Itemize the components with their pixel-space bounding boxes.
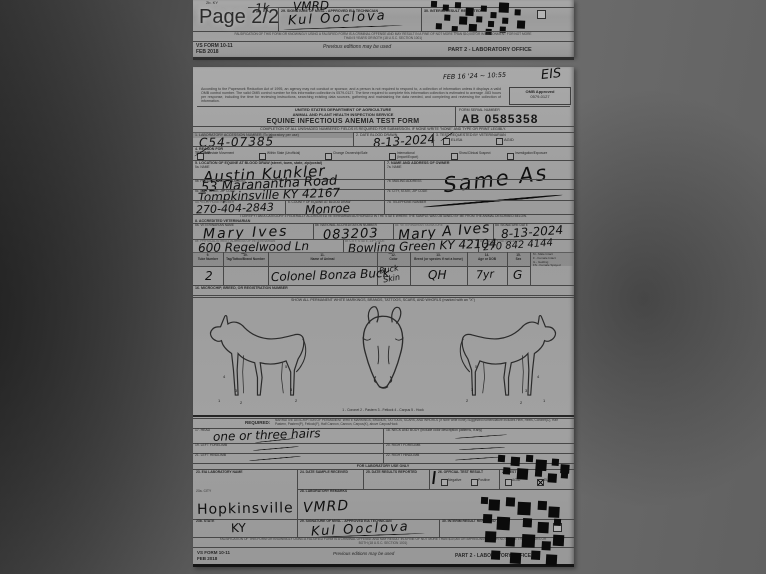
leg-number: 3 bbox=[290, 387, 292, 392]
col-header-age: 14.Age or DOB bbox=[467, 254, 507, 261]
editions-note: Previous editions may be used bbox=[333, 551, 394, 556]
horse-face-drawing bbox=[345, 303, 421, 405]
received-stamp bbox=[498, 455, 505, 462]
elisa-label: ELISA bbox=[451, 138, 462, 143]
cell-border bbox=[313, 223, 314, 239]
part-label: PART 2 - LABORATORY OFFICE bbox=[448, 47, 532, 53]
lab-city-label: 23a. CITY bbox=[196, 490, 211, 494]
falsification-fine-print: FALSIFICATION OF THIS FORM OR KNOWINGLY … bbox=[218, 538, 548, 545]
cell-border bbox=[439, 519, 440, 537]
leg-number: 5 bbox=[285, 364, 287, 369]
horse-front-face-figure bbox=[345, 303, 421, 405]
cell-border bbox=[393, 223, 394, 239]
positive-label: Positive bbox=[478, 479, 490, 483]
leg-number: 5 bbox=[475, 364, 477, 369]
interim-result-label: 30. INTERIM RESULT REPORTED bbox=[442, 520, 512, 524]
col-header-text: Tube Number bbox=[198, 257, 218, 261]
reason-checkbox-show bbox=[451, 153, 458, 160]
positive-checkbox bbox=[471, 479, 478, 486]
leg-number: 2 bbox=[520, 400, 522, 405]
certify-statement: I CERTIFY I AM A CATEGORY II FEDERALLY A… bbox=[201, 215, 566, 219]
cell-border bbox=[353, 132, 354, 146]
paperwork-act-text: According to the Paperwork Reduction Act… bbox=[201, 87, 501, 104]
right-hindlimb-label: 22. RIGHT HINDLIMB bbox=[386, 454, 419, 458]
reason-checkbox-investigation bbox=[507, 153, 514, 160]
required-label: REQUIRED: bbox=[245, 420, 270, 425]
rule bbox=[193, 295, 574, 296]
breed-value: QH bbox=[428, 268, 446, 282]
left-hindlimb-label: 21. LEFT HINDLIMB bbox=[195, 454, 226, 458]
cell-border bbox=[297, 469, 298, 519]
pen-stroke-negative bbox=[432, 471, 435, 484]
head-label: 17. HEAD bbox=[195, 429, 210, 433]
cell-border bbox=[343, 239, 344, 252]
rule bbox=[193, 415, 574, 417]
cell-border bbox=[285, 200, 286, 214]
col-header-sex: 15.Sex bbox=[507, 254, 530, 261]
page-indicator: Page 2/2 bbox=[199, 6, 279, 29]
lab-remarks-value: VMRD bbox=[303, 498, 350, 516]
color-value-line2: Skin bbox=[382, 273, 400, 285]
col-header-tube: 9.Tube Number bbox=[193, 254, 223, 261]
serial-number: AB 0585358 bbox=[461, 113, 538, 127]
document-viewer: { "viewer": { "page_indicator": "Page 2/… bbox=[0, 0, 766, 574]
horse-side-drawing bbox=[203, 304, 323, 404]
cell-border bbox=[421, 7, 422, 31]
show-markings-note: SHOW ALL PERMANENT WHITE MARKINGS, BRAND… bbox=[233, 298, 533, 302]
leg-number: 1 bbox=[543, 398, 545, 403]
owner-mailing-label: 7b. MAILING ADDRESS bbox=[387, 180, 422, 184]
leg-number: 4 bbox=[537, 374, 539, 379]
test-type-label: 27. TEST TYPE bbox=[502, 471, 526, 475]
form-date: FEB 2018 bbox=[196, 50, 219, 56]
leg-number: 2 bbox=[466, 398, 468, 403]
rule bbox=[193, 443, 574, 444]
owner-name-label: 7a. NAME bbox=[387, 166, 402, 170]
reason-option: Change Ownership/Sale bbox=[333, 152, 369, 156]
hw-received-note: FEB 16 '24 ~ 10:55 bbox=[443, 71, 506, 81]
pen-dash bbox=[253, 446, 299, 451]
tube-number-value: 2 bbox=[205, 269, 213, 283]
reason-option: Within State (Unofficial) bbox=[267, 152, 303, 156]
rule bbox=[193, 453, 574, 454]
lab-agid-checkbox bbox=[505, 479, 512, 486]
cell-border bbox=[363, 469, 364, 489]
reason-checkbox-ownership bbox=[325, 153, 332, 160]
horse-side-drawing-mirrored bbox=[443, 304, 563, 404]
horse-left-figure: 4 3 1 2 5 3 2 bbox=[203, 304, 323, 404]
reason-option: Show/Clinical Suspect bbox=[459, 152, 491, 156]
page-edge-shadow bbox=[193, 57, 574, 60]
col-header-text: Tag/Tattoo/Brand Number bbox=[226, 257, 265, 261]
reason-option: International (Import/Export) bbox=[397, 152, 435, 159]
pen-dash bbox=[249, 456, 301, 462]
leg-number: 3 bbox=[525, 388, 527, 393]
omb-box: OMB Approved 0579-0127 bbox=[509, 87, 571, 105]
col-header-text: Age or DOB bbox=[478, 257, 496, 261]
right-forelimb-label: 20. RIGHT FORELIMB bbox=[386, 444, 420, 448]
sex-legend-line: FS - Female Spayed bbox=[533, 264, 573, 268]
leg-number: 2 bbox=[295, 398, 297, 403]
hw-received-initials: EIS bbox=[540, 66, 562, 83]
agid-label: AGID bbox=[504, 138, 514, 143]
received-stamp bbox=[431, 1, 437, 7]
form-date: FEB 2018 bbox=[197, 556, 217, 561]
lab-state-value: KY bbox=[231, 521, 246, 536]
lab-agid-label: AGID bbox=[512, 479, 520, 483]
col-header-text: Breed (or species if not a horse) bbox=[414, 257, 463, 261]
col-header-tag: 10.Tag/Tattoo/Brand Number bbox=[223, 254, 268, 261]
blood-drawn-value: 8-13-2024 bbox=[373, 132, 436, 150]
negative-checkbox bbox=[441, 479, 448, 486]
rule bbox=[193, 146, 574, 147]
lab-elisa-checkbox bbox=[537, 479, 544, 486]
completion-note: COMPLETION OF ALL UNSHADED NUMBERED FIEL… bbox=[213, 127, 553, 131]
lab-name-label: 23. EIA LABORATORY NAME bbox=[196, 471, 242, 475]
lab-state-label: 23b. STATE bbox=[196, 520, 214, 524]
form-number: VS FORM 10-11 bbox=[197, 550, 230, 555]
interim-checkbox bbox=[553, 523, 562, 532]
leg-number: 3 bbox=[235, 388, 237, 393]
cell-border bbox=[429, 469, 430, 489]
owner-phone-label: 7d. TELEPHONE NUMBER bbox=[387, 201, 426, 205]
agid-checkbox bbox=[496, 138, 503, 145]
col-header-breed: 13.Breed (or species if not a horse) bbox=[410, 254, 467, 261]
pen-dash bbox=[455, 434, 507, 439]
leg-number: 3 bbox=[471, 387, 473, 392]
form-page: FEB 16 '24 ~ 10:55 EIS According to the … bbox=[193, 67, 574, 567]
date-received-label: 24. DATE SAMPLE RECEIVED bbox=[300, 471, 360, 475]
reason-option: Investigation/Exposure bbox=[515, 152, 555, 156]
lab-city-value: Hopkinsville bbox=[197, 500, 294, 518]
rule bbox=[193, 547, 574, 548]
leg-number: 1 bbox=[218, 398, 220, 403]
reason-checkbox-international bbox=[389, 153, 396, 160]
lab-use-only-label: FOR LABORATORY USE ONLY bbox=[323, 464, 443, 468]
age-value: 7yr bbox=[476, 268, 495, 282]
leg-number: 4 bbox=[223, 374, 225, 379]
col-header-text: Color bbox=[389, 257, 397, 261]
interim-checkbox bbox=[537, 10, 546, 19]
omb-number: 0579-0127 bbox=[510, 95, 570, 100]
form-title: EQUINE INFECTIOUS ANEMIA TEST FORM bbox=[223, 118, 463, 126]
pen-dash bbox=[455, 456, 501, 460]
cut-state-label: 2b. KY bbox=[206, 1, 218, 6]
sex-legend: M - Male Intact F - Female Intact G - Ge… bbox=[533, 253, 573, 268]
owner-city-label: 7c. CITY, STATE, ZIP CODE bbox=[387, 190, 427, 194]
negative-label: Negative bbox=[448, 479, 461, 483]
received-stamp bbox=[481, 497, 488, 504]
cell-border bbox=[384, 160, 385, 214]
editions-note: Previous editions may be used bbox=[323, 45, 391, 51]
page-bottom-edge bbox=[193, 564, 574, 567]
pen-dash bbox=[459, 447, 505, 450]
cell-border bbox=[530, 252, 531, 285]
lab-elisa-label: ELISA bbox=[544, 479, 554, 483]
reason-checkbox-withinstate bbox=[259, 153, 266, 160]
col-header-text: Name of Animal bbox=[311, 257, 335, 261]
part-label: PART 2 - LABORATORY OFFICE bbox=[455, 554, 531, 560]
horse-right-figure: 4 3 1 2 5 3 2 bbox=[443, 304, 563, 404]
interim-result-label: 30. INTERIM/RESULT REPORTED bbox=[424, 9, 486, 13]
reason-option: Interstate Movement bbox=[205, 152, 239, 156]
cell-border bbox=[455, 106, 456, 126]
leg-parts-legend: 1 - Coronet 2 - Pastern 3 - Fetlock 4 - … bbox=[283, 409, 483, 413]
date-reported-label: 25. DATE RESULTS REPORTED bbox=[366, 471, 426, 475]
sex-value: G bbox=[513, 268, 522, 282]
left-forelimb-label: 19. LEFT FORELIMB bbox=[195, 444, 227, 448]
cell-border bbox=[499, 469, 500, 489]
leg-number: 2 bbox=[240, 400, 242, 405]
lab-remarks-label: 28. LABORATORY REMARKS bbox=[300, 490, 347, 494]
microchip-label: 16. MICROCHIP, BREED, OR REGISTRATION NU… bbox=[195, 286, 288, 290]
agency-line2: ANIMAL AND PLANT HEALTH INSPECTION SERVI… bbox=[233, 113, 453, 118]
cell-border bbox=[433, 132, 434, 146]
official-result-label: 26. OFFICIAL TEST RESULT bbox=[438, 471, 498, 475]
neck-body-label: 18. NECK AND BODY (include color descrip… bbox=[386, 429, 566, 433]
col-header-text: Sex bbox=[516, 257, 522, 261]
falsification-fine-print: FALSIFICATION OF THIS FORM OR KNOWINGLY … bbox=[233, 33, 533, 40]
animal-name-value: Colonel Bonza Buck bbox=[271, 266, 390, 284]
col-header-name: 11.Name of Animal bbox=[268, 254, 377, 261]
col-header-color: 12.Color bbox=[377, 254, 410, 261]
cell-border bbox=[383, 428, 384, 463]
cell-border bbox=[297, 519, 298, 537]
rule bbox=[193, 41, 574, 42]
